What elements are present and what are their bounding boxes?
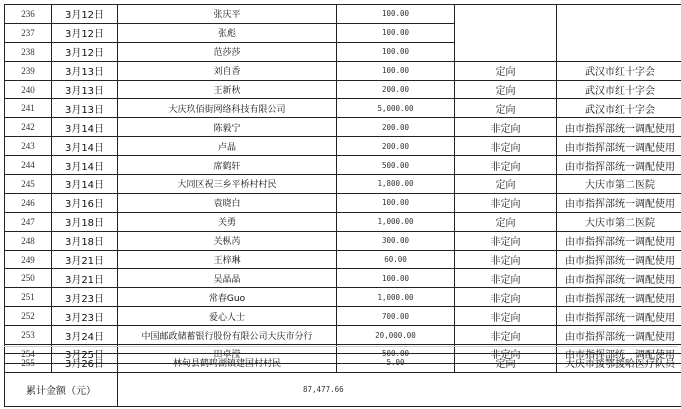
cell-donor: 常春Guo [118,288,337,307]
cell-donor: 爱心人士 [118,307,337,326]
table-row: 2363月12日张庆平100.00 [5,5,681,24]
cell-type: 非定向 [455,156,557,175]
cell-type: 非定向 [455,326,557,345]
cell-no: 246 [5,193,52,212]
cell-destination: 由市指挥部统一调配使用 [557,193,681,212]
cell-no: 249 [5,250,52,269]
cell-destination: 武汉市红十字会 [557,61,681,80]
cell-donor: 林甸县鹤鸣湖镇建国村村民 [118,354,337,373]
cell-type: 非定向 [455,137,557,156]
cell-destination: 大庆市第二医院 [557,212,681,231]
cell-date: 3月12日 [52,42,118,61]
total-value: 87,477.66 [118,372,681,406]
cell-amount: 200.00 [337,118,455,137]
cell-type: 定向 [455,80,557,99]
cell-amount: 100.00 [337,5,455,24]
cell-no: 239 [5,61,52,80]
cell-no: 245 [5,175,52,194]
cell-amount: 200.00 [337,80,455,99]
cell-date: 3月21日 [52,269,118,288]
cell-amount: 300.00 [337,231,455,250]
cell-amount: 500.00 [337,156,455,175]
cell-no: 252 [5,307,52,326]
cell-destination [557,5,681,62]
cell-donor: 席鹤轩 [118,156,337,175]
total-row: 累计金额（元） 87,477.66 [5,372,681,406]
cell-donor: 张彪 [118,23,337,42]
cell-destination: 大庆市援鄂援哈医疗队员 [557,354,681,373]
cell-donor: 王梓琳 [118,250,337,269]
cell-date: 3月13日 [52,99,118,118]
cell-no: 236 [5,5,52,24]
cell-date: 3月14日 [52,156,118,175]
cell-date: 3月18日 [52,212,118,231]
cell-type: 非定向 [455,307,557,326]
table-row: 2483月18日关枞芮300.00非定向由市指挥部统一调配使用 [5,231,681,250]
cell-amount: 5.00 [337,354,455,373]
cell-destination: 由市指挥部统一调配使用 [557,288,681,307]
cell-no: 253 [5,326,52,345]
cell-donor: 中国邮政储蓄银行股份有限公司大庆市分行 [118,326,337,345]
table-row: 255 3月26日 林甸县鹤鸣湖镇建国村村民 5.00 定向 大庆市援鄂援哈医疗… [5,354,681,373]
table-row: 2493月21日王梓琳60.00非定向由市指挥部统一调配使用 [5,250,681,269]
cell-destination: 由市指挥部统一调配使用 [557,137,681,156]
cell-type [455,5,557,62]
cell-amount: 5,000.00 [337,99,455,118]
cell-donor: 大庆玖佰街网络科技有限公司 [118,99,337,118]
cell-amount: 20,000.00 [337,326,455,345]
cell-destination: 由市指挥部统一调配使用 [557,156,681,175]
cell-date: 3月23日 [52,288,118,307]
cell-date: 3月24日 [52,326,118,345]
table-row: 2433月14日卢晶200.00非定向由市指挥部统一调配使用 [5,137,681,156]
table-row: 2463月16日袁晓白100.00非定向由市指挥部统一调配使用 [5,193,681,212]
cell-no: 248 [5,231,52,250]
cell-donor: 吴晶晶 [118,269,337,288]
cell-date: 3月14日 [52,137,118,156]
cell-no: 243 [5,137,52,156]
cell-donor: 关枞芮 [118,231,337,250]
cell-amount: 100.00 [337,42,455,61]
cell-amount: 60.00 [337,250,455,269]
table-row: 2473月18日关勇1,000.00定向大庆市第二医院 [5,212,681,231]
cell-no: 238 [5,42,52,61]
cell-donor: 张庆平 [118,5,337,24]
cell-donor: 卢晶 [118,137,337,156]
cell-type: 非定向 [455,269,557,288]
cell-type: 非定向 [455,231,557,250]
cell-date: 3月13日 [52,80,118,99]
cell-amount: 1,000.00 [337,212,455,231]
cell-no: 240 [5,80,52,99]
cell-no: 244 [5,156,52,175]
table-row: 2453月14日大同区祝三乡平桥村村民1,800.00定向大庆市第二医院 [5,175,681,194]
table-row: 2513月23日常春Guo1,000.00非定向由市指挥部统一调配使用 [5,288,681,307]
cell-no: 247 [5,212,52,231]
table-row: 2413月13日大庆玖佰街网络科技有限公司5,000.00定向武汉市红十字会 [5,99,681,118]
cell-type: 定向 [455,61,557,80]
page-divider [4,346,678,347]
donation-table-continued: 255 3月26日 林甸县鹤鸣湖镇建国村村民 5.00 定向 大庆市援鄂援哈医疗… [4,353,681,407]
cell-amount: 700.00 [337,307,455,326]
cell-date: 3月13日 [52,61,118,80]
cell-destination: 由市指挥部统一调配使用 [557,307,681,326]
cell-no: 241 [5,99,52,118]
cell-date: 3月12日 [52,5,118,24]
cell-amount: 100.00 [337,23,455,42]
cell-no: 255 [5,354,52,373]
table-row: 2403月13日王新秋200.00定向武汉市红十字会 [5,80,681,99]
cell-date: 3月21日 [52,250,118,269]
table-row: 2503月21日吴晶晶100.00非定向由市指挥部统一调配使用 [5,269,681,288]
cell-donor: 王新秋 [118,80,337,99]
total-label: 累计金额（元） [5,372,118,406]
table-row: 2443月14日席鹤轩500.00非定向由市指挥部统一调配使用 [5,156,681,175]
cell-date: 3月18日 [52,231,118,250]
table-row: 2523月23日爱心人士700.00非定向由市指挥部统一调配使用 [5,307,681,326]
cell-amount: 100.00 [337,61,455,80]
cell-no: 251 [5,288,52,307]
cell-date: 3月23日 [52,307,118,326]
cell-destination: 由市指挥部统一调配使用 [557,269,681,288]
cell-type: 非定向 [455,118,557,137]
cell-destination: 武汉市红十字会 [557,99,681,118]
cell-type: 非定向 [455,193,557,212]
cell-amount: 100.00 [337,193,455,212]
cell-donor: 关勇 [118,212,337,231]
cell-donor: 大同区祝三乡平桥村村民 [118,175,337,194]
cell-donor: 刘自香 [118,61,337,80]
cell-donor: 陈毅宁 [118,118,337,137]
cell-donor: 袁晓白 [118,193,337,212]
cell-amount: 1,800.00 [337,175,455,194]
cell-date: 3月16日 [52,193,118,212]
cell-type: 非定向 [455,288,557,307]
cell-date: 3月26日 [52,354,118,373]
table-row: 2423月14日陈毅宁200.00非定向由市指挥部统一调配使用 [5,118,681,137]
cell-amount: 100.00 [337,269,455,288]
cell-donor: 范莎莎 [118,42,337,61]
cell-destination: 由市指挥部统一调配使用 [557,250,681,269]
cell-no: 242 [5,118,52,137]
cell-date: 3月12日 [52,23,118,42]
cell-destination: 由市指挥部统一调配使用 [557,118,681,137]
donation-table: 2363月12日张庆平100.002373月12日张彪100.002383月12… [4,4,681,364]
cell-type: 定向 [455,354,557,373]
cell-destination: 大庆市第二医院 [557,175,681,194]
cell-no: 250 [5,269,52,288]
cell-type: 定向 [455,175,557,194]
table-row: 2393月13日刘自香100.00定向武汉市红十字会 [5,61,681,80]
cell-type: 定向 [455,99,557,118]
cell-destination: 武汉市红十字会 [557,80,681,99]
cell-type: 非定向 [455,250,557,269]
cell-destination: 由市指挥部统一调配使用 [557,326,681,345]
cell-date: 3月14日 [52,175,118,194]
cell-amount: 1,000.00 [337,288,455,307]
table-row: 2533月24日中国邮政储蓄银行股份有限公司大庆市分行20,000.00非定向由… [5,326,681,345]
cell-destination: 由市指挥部统一调配使用 [557,231,681,250]
cell-date: 3月14日 [52,118,118,137]
cell-type: 定向 [455,212,557,231]
cell-amount: 200.00 [337,137,455,156]
cell-no: 237 [5,23,52,42]
